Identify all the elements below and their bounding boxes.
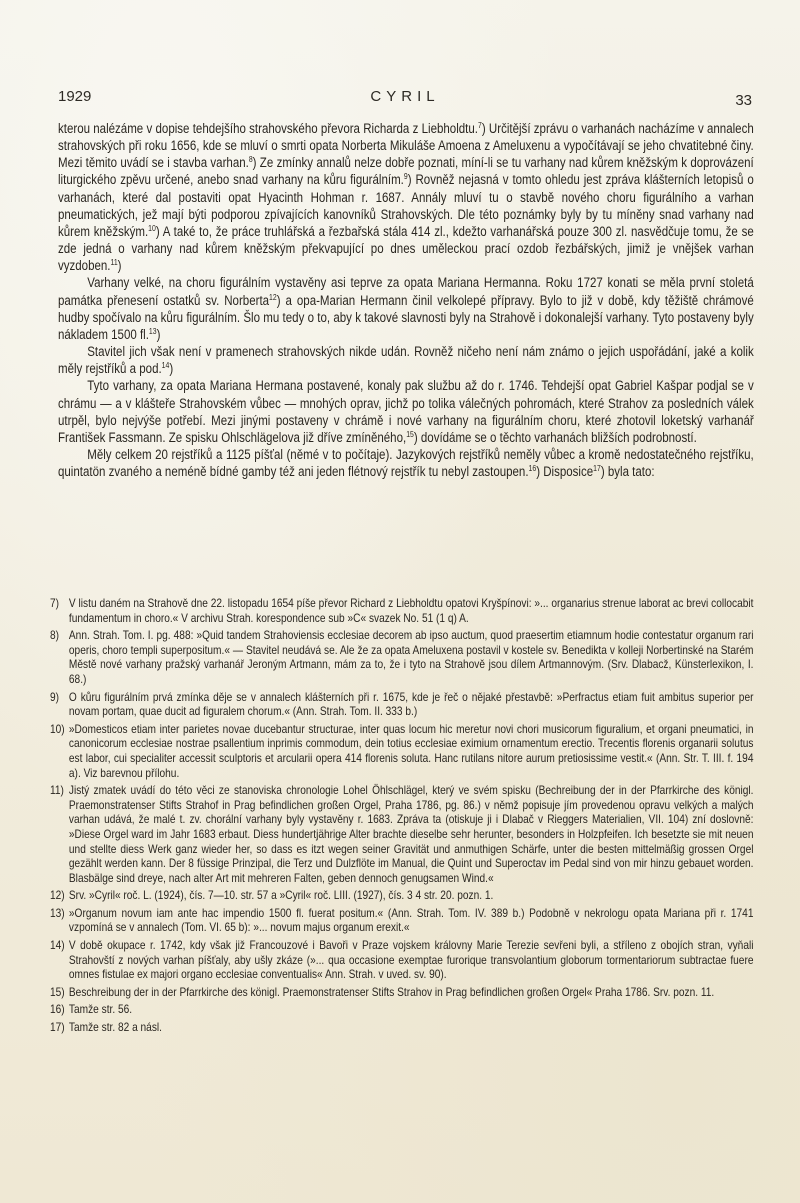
paragraph-text: ) dovídáme se o těchto varhanách bližšíc… (414, 430, 697, 445)
footnote-text: Tamže str. 56. (69, 1002, 132, 1016)
footnote: 13) »Organum novum iam ante hac impendio… (50, 906, 753, 935)
footnote-marker: 17) (50, 1020, 65, 1035)
paragraph-text: ) (157, 327, 161, 342)
paragraph-text: ) (169, 361, 173, 376)
footnote: 17) Tamže str. 82 a násl. (50, 1020, 753, 1035)
footnote: 8) Ann. Strah. Tom. I. pg. 488: »Quid ta… (50, 628, 753, 686)
footnote-text: V době okupace r. 1742, kdy však již Fra… (69, 938, 754, 981)
footnote-marker: 16) (50, 1002, 65, 1017)
running-header: 1929 CYRIL 33 (58, 88, 752, 112)
footnote-text: »Organum novum iam ante hac impendio 150… (69, 906, 754, 935)
body-paragraph: Tyto varhany, za opata Mariana Hermana p… (58, 377, 754, 446)
footnote-reference: 15 (406, 430, 414, 439)
footnote-text: Jistý zmatek uvádí do této věci ze stano… (69, 783, 754, 885)
footnote: 14) V době okupace r. 1742, kdy však již… (50, 938, 753, 982)
footnote-marker: 10) (50, 722, 65, 737)
footnote-text: V listu daném na Strahově dne 22. listop… (69, 596, 754, 625)
paragraph-text: ) byla tato: (601, 464, 655, 479)
footnote-text: Tamže str. 82 a násl. (69, 1020, 162, 1034)
body-paragraph: Stavitel jich však není v pramenech stra… (58, 343, 754, 377)
footnote-text: O kůru figurálním prvá zmínka děje se v … (69, 690, 754, 719)
paragraph-text: ) A také to, že práce truhlářská a řezba… (58, 224, 754, 273)
footnote: 11) Jistý zmatek uvádí do této věci ze s… (50, 783, 753, 885)
footnote-marker: 7) (50, 596, 59, 611)
footnote-text: Srv. »Cyril« roč. L. (1924), čís. 7—10. … (69, 888, 493, 902)
footnote-text: »Domesticos etiam inter parietes novae d… (69, 722, 754, 780)
main-text: kterou nalézáme v dopise tehdejšího stra… (58, 120, 754, 480)
footnote-marker: 11) (50, 783, 64, 798)
page-number: 33 (735, 92, 752, 109)
footnote: 9) O kůru figurálním prvá zmínka děje se… (50, 690, 753, 719)
document-page: 1929 CYRIL 33 kterou nalézáme v dopise t… (0, 0, 800, 1203)
footnote: 12) Srv. »Cyril« roč. L. (1924), čís. 7—… (50, 888, 753, 903)
footnote: 10) »Domesticos etiam inter parietes nov… (50, 722, 753, 780)
header-title: CYRIL (58, 88, 752, 105)
footnote: 15) Beschreibung der in der Pfarrkirche … (50, 985, 753, 1000)
footnote-marker: 9) (50, 690, 59, 705)
body-paragraph: Měly celkem 20 rejstříků a 1125 píšťal (… (58, 446, 754, 480)
footnote-reference: 13 (149, 327, 157, 336)
footnote-marker: 15) (50, 985, 65, 1000)
footnote-marker: 8) (50, 628, 59, 643)
footnote-marker: 14) (50, 938, 65, 953)
footnote: 16) Tamže str. 56. (50, 1002, 753, 1017)
footnote-reference: 10 (148, 224, 156, 233)
footnote-text: Ann. Strah. Tom. I. pg. 488: »Quid tande… (69, 628, 754, 686)
footnote-reference: 16 (529, 464, 537, 473)
body-paragraph: kterou nalézáme v dopise tehdejšího stra… (58, 120, 754, 274)
footnote-text: Beschreibung der in der Pfarrkirche des … (69, 985, 714, 999)
footnote-marker: 12) (50, 888, 65, 903)
paragraph-text: ) (118, 258, 122, 273)
footnote: 7) V listu daném na Strahově dne 22. lis… (50, 596, 753, 625)
paragraph-text: ) Disposice (536, 464, 593, 479)
footnotes: 7) V listu daném na Strahově dne 22. lis… (50, 596, 753, 1038)
footnote-marker: 13) (50, 906, 65, 921)
body-paragraph: Varhany velké, na choru figurálním vysta… (58, 274, 754, 343)
paragraph-text: kterou nalézáme v dopise tehdejšího stra… (58, 121, 478, 136)
